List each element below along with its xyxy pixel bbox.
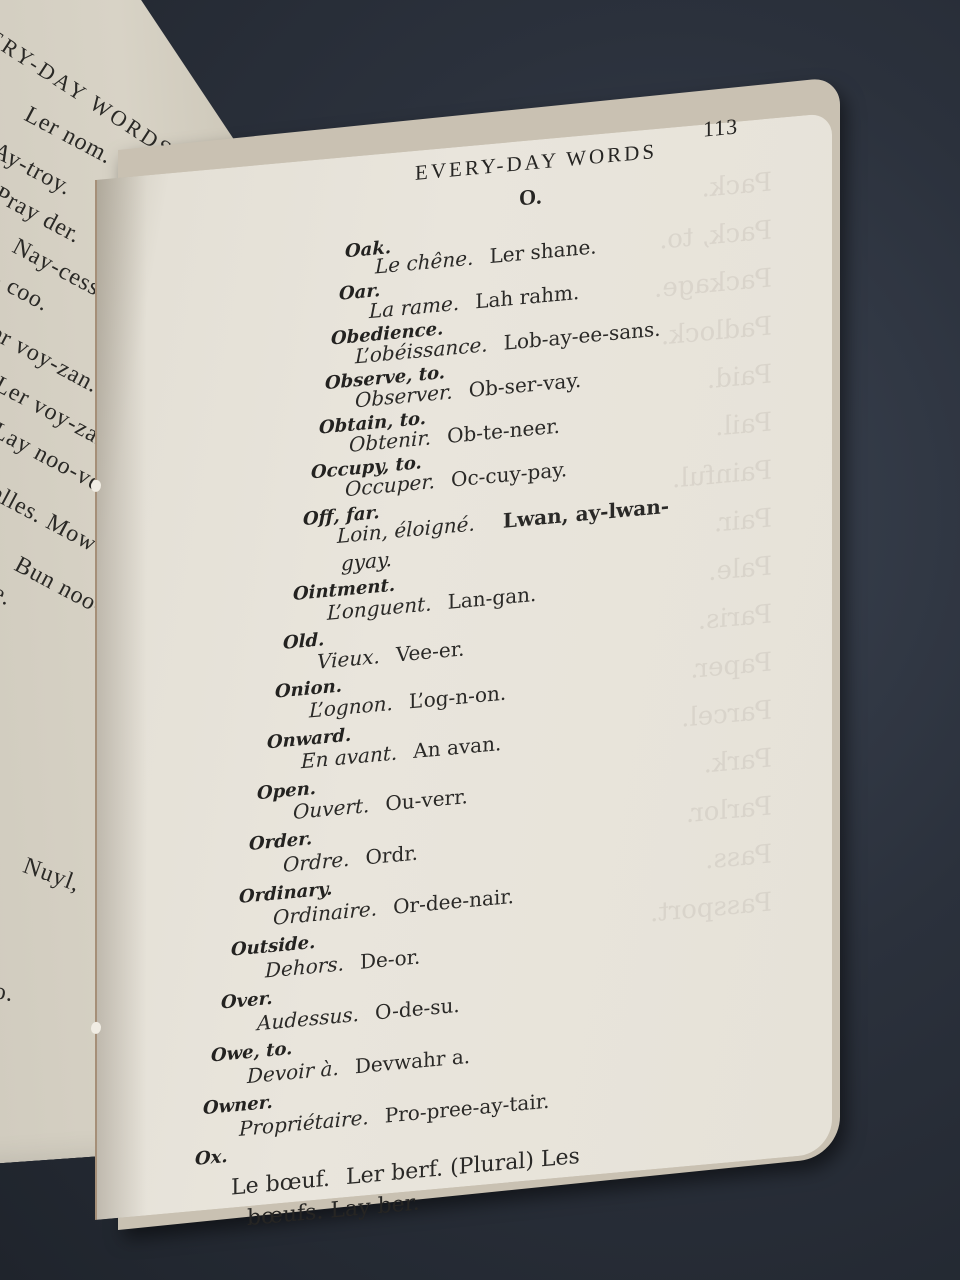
section-letter: O.: [519, 183, 542, 211]
page-number: 113: [703, 113, 738, 142]
french-term: Vieux.: [317, 644, 380, 674]
pronunciation: Ou-verr.: [385, 784, 467, 816]
right-page: Pack.Pack, to.Package.Padlock.Paid.Pail.…: [95, 113, 832, 1220]
entry-translation: Ouvert.Ou-verr.: [293, 784, 468, 824]
pronunciation: Ob-ser-vay.: [469, 368, 582, 402]
french-term: Le bœuf.: [231, 1167, 330, 1201]
pronunciation-continuation: gyay.: [341, 547, 392, 576]
left-fragment: e.: [0, 580, 17, 613]
pronunciation: Lwan, ay-lwan-: [503, 494, 669, 533]
entry-translation: Propriétaire.Pro-pree-ay-tair.: [239, 1089, 549, 1141]
entry-translation: Le chêne.Ler shane.: [375, 234, 597, 278]
entry-translation: Loin, éloigné.Lwan, ay-lwan-: [337, 494, 669, 548]
left-fragment: Pray der.: [0, 182, 86, 250]
pronunciation: Oc-cuy-pay.: [451, 457, 567, 492]
pronunciation: De-or.: [360, 944, 420, 973]
pronunciation: Lan-gan.: [448, 582, 537, 614]
entry-translation: Audessus.O-de-su.: [257, 993, 460, 1035]
photo-scene: ERY-DAY WORDS Ler nom. Ay-troy. Pray der…: [0, 0, 960, 1280]
pronunciation: An avan.: [413, 731, 501, 763]
pronunciation: Pro-pree-ay-tair.: [385, 1089, 550, 1128]
pronunciation: Vee-er.: [396, 636, 465, 666]
pronunciation: Ler shane.: [489, 234, 596, 268]
page-content: 113 EVERY-DAY WORDS O. Oak. Le chêne.Ler…: [97, 113, 832, 1220]
pronunciation: Or-dee-nair.: [393, 884, 514, 919]
pronunciation: O-de-su.: [375, 993, 460, 1025]
pronunciation: Lob-ay-ee-sans.: [504, 317, 661, 355]
pronunciation: Ordr.: [366, 841, 418, 870]
pronunciation: Ob-te-neer.: [447, 414, 560, 448]
entry-translation: La rame.Lah rahm.: [369, 280, 579, 323]
entry-translation: Vieux.Vee-er.: [317, 636, 464, 673]
entry-headword: Ox.: [195, 1146, 228, 1170]
pronunciation: L’og-n-on.: [409, 681, 506, 714]
french-term: La rame.: [369, 291, 459, 323]
left-fragment: Nuyl,: [19, 853, 84, 899]
pronunciation: Devwahr a.: [355, 1044, 470, 1078]
french-term: Ordre.: [283, 847, 350, 877]
pronunciation: Lah rahm.: [475, 280, 579, 313]
